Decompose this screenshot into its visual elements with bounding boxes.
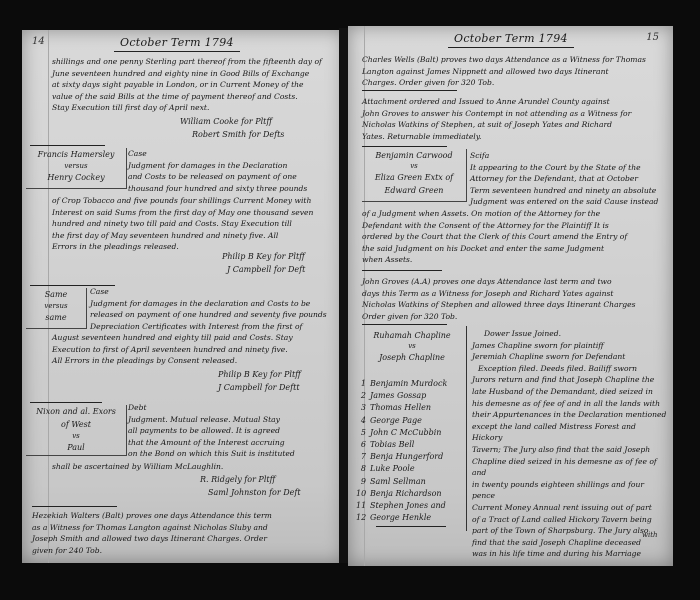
line: released on payment of one hundred and s… (90, 309, 340, 321)
entry-same-cont: August seventeen hundred and eighty till… (52, 332, 342, 367)
signature: R. Ridgely for Pltff (200, 475, 275, 484)
line: find that the said Joseph Chapline decea… (472, 537, 668, 549)
party: of West (26, 418, 126, 431)
entry-walters-witness: Hezekiah Walters (Balt) proves one days … (32, 510, 332, 556)
line: given for 240 Tob. (32, 545, 332, 557)
party: Same (26, 288, 86, 301)
case-type: Dower Issue Joined. (472, 328, 668, 340)
case-type: Case (128, 148, 338, 160)
line: Execution to first of April seventeen hu… (52, 344, 342, 356)
party: Edward Green (362, 184, 466, 197)
line: Judgment. Mutual release. Mutual Stay (128, 414, 340, 426)
line: on the Bond on which this Suit is instit… (128, 448, 340, 460)
juror: 2James Gossap (356, 390, 447, 402)
line: Jurors return and find that Joseph Chapl… (472, 374, 668, 386)
entry-attachment-groves: Attachment ordered and Issued to Anne Ar… (362, 96, 662, 142)
juror: 5John C McCubbin (356, 427, 447, 439)
divider (30, 402, 102, 403)
case-type: Scifa (470, 150, 666, 162)
entry-hamersley-cont: of Crop Tobacco and five pounds four shi… (52, 195, 337, 253)
page-number: 14 (32, 36, 45, 47)
party: Paul (26, 441, 126, 454)
line: Nicholas Watkins of Stephen, at suit of … (362, 119, 662, 131)
party: Benjamin Carwood (362, 149, 466, 162)
juror: 10Benja Richardson (356, 488, 447, 500)
line: Hezekiah Walters (Balt) proves one days … (32, 510, 332, 522)
line: the said Judgment on his Docket and ente… (362, 243, 667, 255)
juror-list: 1Benjamin Murdock 2James Gossap 3Thomas … (356, 378, 447, 524)
line: the first day of May seventeen hundred a… (52, 230, 337, 242)
juror: 12George Henkle (356, 512, 447, 524)
line: Interest on said Sums from the first day… (52, 207, 337, 219)
line: Charles Wells (Balt) proves two days Att… (362, 54, 662, 66)
versus: versus (26, 161, 126, 171)
party: Ruhamah Chapline (362, 329, 462, 342)
line: Judgment for damages in the Declaration (128, 160, 338, 172)
line: all payments to be allowed. It is agreed (128, 425, 340, 437)
divider (30, 145, 105, 146)
entry-carwood-v-green: Scifa It appearing to the Court by the S… (470, 150, 666, 208)
line: Chapline died seized in his demesne as o… (472, 456, 668, 479)
entry-chapline-v-chapline: Dower Issue Joined. James Chapline sworn… (472, 328, 668, 560)
entry-same-v-same: Case Judgment for damages in the declara… (90, 286, 340, 332)
entry-groves-witness: John Groves (A.A) proves one days Attend… (362, 276, 667, 322)
versus: vs (362, 162, 466, 171)
column-divider (466, 326, 467, 531)
line: All Errors in the pleadings by Consent r… (52, 355, 342, 367)
right-page: 15 October Term 1794 Charles Wells (Balt… (348, 26, 673, 566)
line: that the Amount of the Interest accruing (128, 437, 340, 449)
entry-wells-witness: Charles Wells (Balt) proves two days Att… (362, 54, 662, 89)
left-page: 14 October Term 1794 shillings and one p… (22, 30, 344, 563)
page-heading: October Term 1794 (114, 36, 240, 52)
divider (32, 506, 117, 507)
signature: Philip B Key for Pltff (218, 370, 301, 379)
line: Attachment ordered and Issued to Anne Ar… (362, 96, 662, 108)
line: Attorney for the Defendant, that at Octo… (470, 173, 666, 185)
entry-nixon-cont: shall be ascertained by William McLaughl… (52, 461, 337, 473)
signature: William Cooke for Pltff (180, 117, 272, 126)
line: June seventeen hundred and eighty nine i… (52, 68, 337, 80)
line: hundred and ninety two till paid and Cos… (52, 218, 337, 230)
line: Tavern; The Jury also find that the said… (472, 444, 668, 456)
line: was in his life time and during his Marr… (472, 548, 668, 560)
line: except the land called Mistress Forest a… (472, 421, 668, 444)
case-type: Case (90, 286, 340, 298)
line: at sixty days sight payable in London, o… (52, 79, 337, 91)
juror: 7Benja Hungerford (356, 451, 447, 463)
signature: J Campbell for Deft (227, 265, 305, 274)
party: Henry Cockey (26, 171, 126, 184)
line: Judgment was entered on the said Cause i… (470, 196, 666, 208)
line: shall be ascertained by William McLaughl… (52, 461, 337, 473)
signature: Saml Johnston for Deft (208, 488, 301, 497)
line: and Costs to be released on payment of o… (128, 171, 338, 183)
line: Exception filed. Deeds filed. Bailiff sw… (472, 363, 668, 375)
case-caption: Ruhamah Chapline vs Joseph Chapline (362, 329, 462, 364)
line: in twenty pounds eighteen shillings and … (472, 479, 668, 502)
line: John Groves to answer his Contempt in no… (362, 108, 662, 120)
juror: 4George Page (356, 415, 447, 427)
entry-hamersley-v-cockey: Case Judgment for damages in the Declara… (128, 148, 338, 194)
catchword: with (642, 531, 658, 539)
line: Stay Execution till first day of April n… (52, 102, 337, 114)
juror: 9Saml Sellman (356, 476, 447, 488)
line: thousand four hundred and sixty three po… (128, 183, 338, 195)
case-type: Debt (128, 402, 340, 414)
case-caption-box: Nixon and al. Exors of West vs Paul (26, 405, 127, 456)
page-heading: October Term 1794 (448, 32, 574, 48)
line: Nicholas Watkins of Stephen and allowed … (362, 299, 667, 311)
divider (362, 324, 447, 325)
line: of a Tract of Land called Hickory Tavern… (472, 514, 668, 526)
line: Depreciation Certificates with Interest … (90, 321, 340, 333)
line: Joseph Smith and allowed two days Itiner… (32, 533, 332, 545)
line: ordered by the Court that the Clerk of t… (362, 231, 667, 243)
line: Jeremiah Chapline sworn for Defendant (472, 351, 668, 363)
line: of Crop Tobacco and five pounds four shi… (52, 195, 337, 207)
line: when Assets. (362, 254, 667, 266)
party: Francis Hamersley (26, 148, 126, 161)
line: their Appurtenances in the Declaration m… (472, 409, 668, 421)
divider (362, 90, 457, 91)
line: It appearing to the Court by the State o… (470, 162, 666, 174)
entry-continued: shillings and one penny Sterling part th… (52, 56, 337, 114)
signature: Robert Smith for Defts (192, 130, 284, 139)
line: Term seventeen hundred and ninety an abs… (470, 185, 666, 197)
juror: 6Tobias Bell (356, 439, 447, 451)
line: John Groves (A.A) proves one days Attend… (362, 276, 667, 288)
line: James Chapline sworn for plaintiff (472, 340, 668, 352)
entry-carwood-cont: of a Judgment when Assets. On motion of … (362, 208, 667, 266)
case-caption-box: Same versus same (26, 288, 87, 329)
versus: versus (26, 301, 86, 311)
case-caption-box: Francis Hamersley versus Henry Cockey (26, 148, 127, 189)
line: Defendant with the Consent of the Attorn… (362, 220, 667, 232)
line: as a Witness for Thomas Langton against … (32, 522, 332, 534)
party: same (26, 311, 86, 324)
divider (376, 526, 446, 527)
line: value of the said Bills at the time of p… (52, 91, 337, 103)
juror: 11Stephen Jones and (356, 500, 447, 512)
versus: vs (362, 342, 462, 351)
line: shillings and one penny Sterling part th… (52, 56, 337, 68)
line: Current Money Annual rent issuing out of… (472, 502, 668, 514)
line: Charges. Order given for 320 Tob. (362, 77, 662, 89)
page-number: 15 (646, 32, 659, 43)
line: part of the Town of Sharpsburg. The Jury… (472, 525, 668, 537)
line: Judgment for damages in the declaration … (90, 298, 340, 310)
line: Yates. Returnable immediately. (362, 131, 662, 143)
signature: J Campbell for Deftt (218, 383, 300, 392)
versus: vs (26, 431, 126, 441)
party: Nixon and al. Exors (26, 405, 126, 418)
juror: 1Benjamin Murdock (356, 378, 447, 390)
line: Langton against James Nippnett and allow… (362, 66, 662, 78)
juror: 8Luke Poole (356, 463, 447, 475)
line: days this Term as a Witness for Joseph a… (362, 288, 667, 300)
line: his demesne as of fee of and in all the … (472, 398, 668, 410)
party: Eliza Green Extx of (362, 171, 466, 184)
signature: Philip B Key for Pltff (222, 252, 305, 261)
divider (362, 146, 447, 147)
juror: 3Thomas Hellen (356, 402, 447, 414)
line: August seventeen hundred and eighty till… (52, 332, 342, 344)
line: of a Judgment when Assets. On motion of … (362, 208, 667, 220)
divider (362, 270, 442, 271)
line: Order given for 320 Tob. (362, 311, 667, 323)
case-caption-box: Benjamin Carwood vs Eliza Green Extx of … (362, 149, 467, 202)
line: late Husband of the Demandant, died seiz… (472, 386, 668, 398)
party: Joseph Chapline (362, 351, 462, 364)
entry-nixon-v-paul: Debt Judgment. Mutual release. Mutual St… (128, 402, 340, 460)
